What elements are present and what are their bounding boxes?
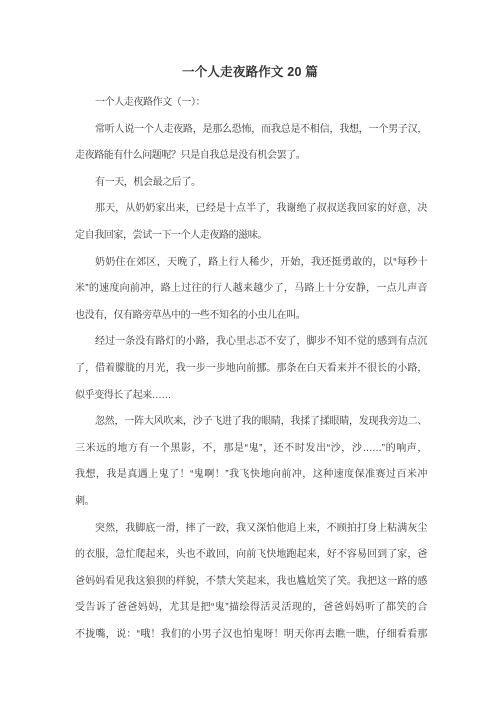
text-line: 经过一条没有路灯的小路，我心里忐忑不安了，脚步不知不觉的感到有点沉 [75,329,427,356]
text-line: 受告诉了爸爸妈妈，尤其是把“鬼”描绘得活灵活现的，爸爸妈妈听了都笑的合 [75,595,427,622]
text-line: 走夜路能有什么问题呢？只是自我总是没有机会罢了。 [75,143,427,170]
text-line: 突然，我脚底一滑，摔了一跤，我又深怕他追上来，不顾拍打身上粘满灰尘 [75,516,427,543]
text-line: 爸妈妈看见我这狼狈的样貌，不禁大笑起来，我也尴尬笑了笑。我把这一路的感 [75,569,427,596]
text-line: 有一天，机会最之后了。 [75,170,427,197]
text-line: 刺。 [75,489,427,516]
text-line: 我想，我是真遇上鬼了！“鬼啊！”我飞快地向前冲，这种速度保准赛过百米冲 [75,462,427,489]
text-line: 三米远的地方有一个黑影，不，那是“鬼”，还不时发出“沙，沙……”的响声， [75,436,427,463]
text-line: 奶奶住在郊区，天晚了，路上行人稀少，开始，我还挺勇敢的，以“每秒十 [75,250,427,277]
text-line: 不拢嘴，说：“哦！我们的小男子汉也怕鬼呀！明天你再去瞧一瞧，仔细看看那 [75,622,427,649]
text-line: 也没有，仅有路旁草丛中的一些不知名的小虫儿在叫。 [75,303,427,330]
text-line: 似乎变得长了起来…… [75,383,427,410]
document-body: 一个人走夜路作文（一）： 常听人说一个人走夜路，是那么恐怖，而我总是不相信，我想… [75,90,427,648]
text-line: 定自我回家，尝试一下一个人走夜路的滋味。 [75,223,427,250]
text-line: 忽然，一阵大风吹来，沙子飞进了我的眼睛，我揉了揉眼睛，发现我旁边二、 [75,409,427,436]
text-line: 的衣服，急忙爬起来，头也不敢回，向前飞快地跑起来，好不容易回到了家，爸 [75,542,427,569]
page-title: 一个人走夜路作文 20 篇 [0,62,500,80]
section-heading: 一个人走夜路作文（一）： [75,90,427,117]
text-line: 米”的速度向前冲，路上过往的行人越来越少了，马路上十分安静，一点儿声音 [75,276,427,303]
text-line: 那天，从奶奶家出来，已经是十点半了，我谢绝了叔叔送我回家的好意，决 [75,196,427,223]
document-page: 一个人走夜路作文 20 篇 一个人走夜路作文（一）： 常听人说一个人走夜路，是那… [0,0,500,707]
text-line: 了，借着朦胧的月光，我一步一步地向前挪。那条在白天看来并不很长的小路， [75,356,427,383]
text-line: 常听人说一个人走夜路，是那么恐怖，而我总是不相信，我想，一个男子汉， [75,117,427,144]
